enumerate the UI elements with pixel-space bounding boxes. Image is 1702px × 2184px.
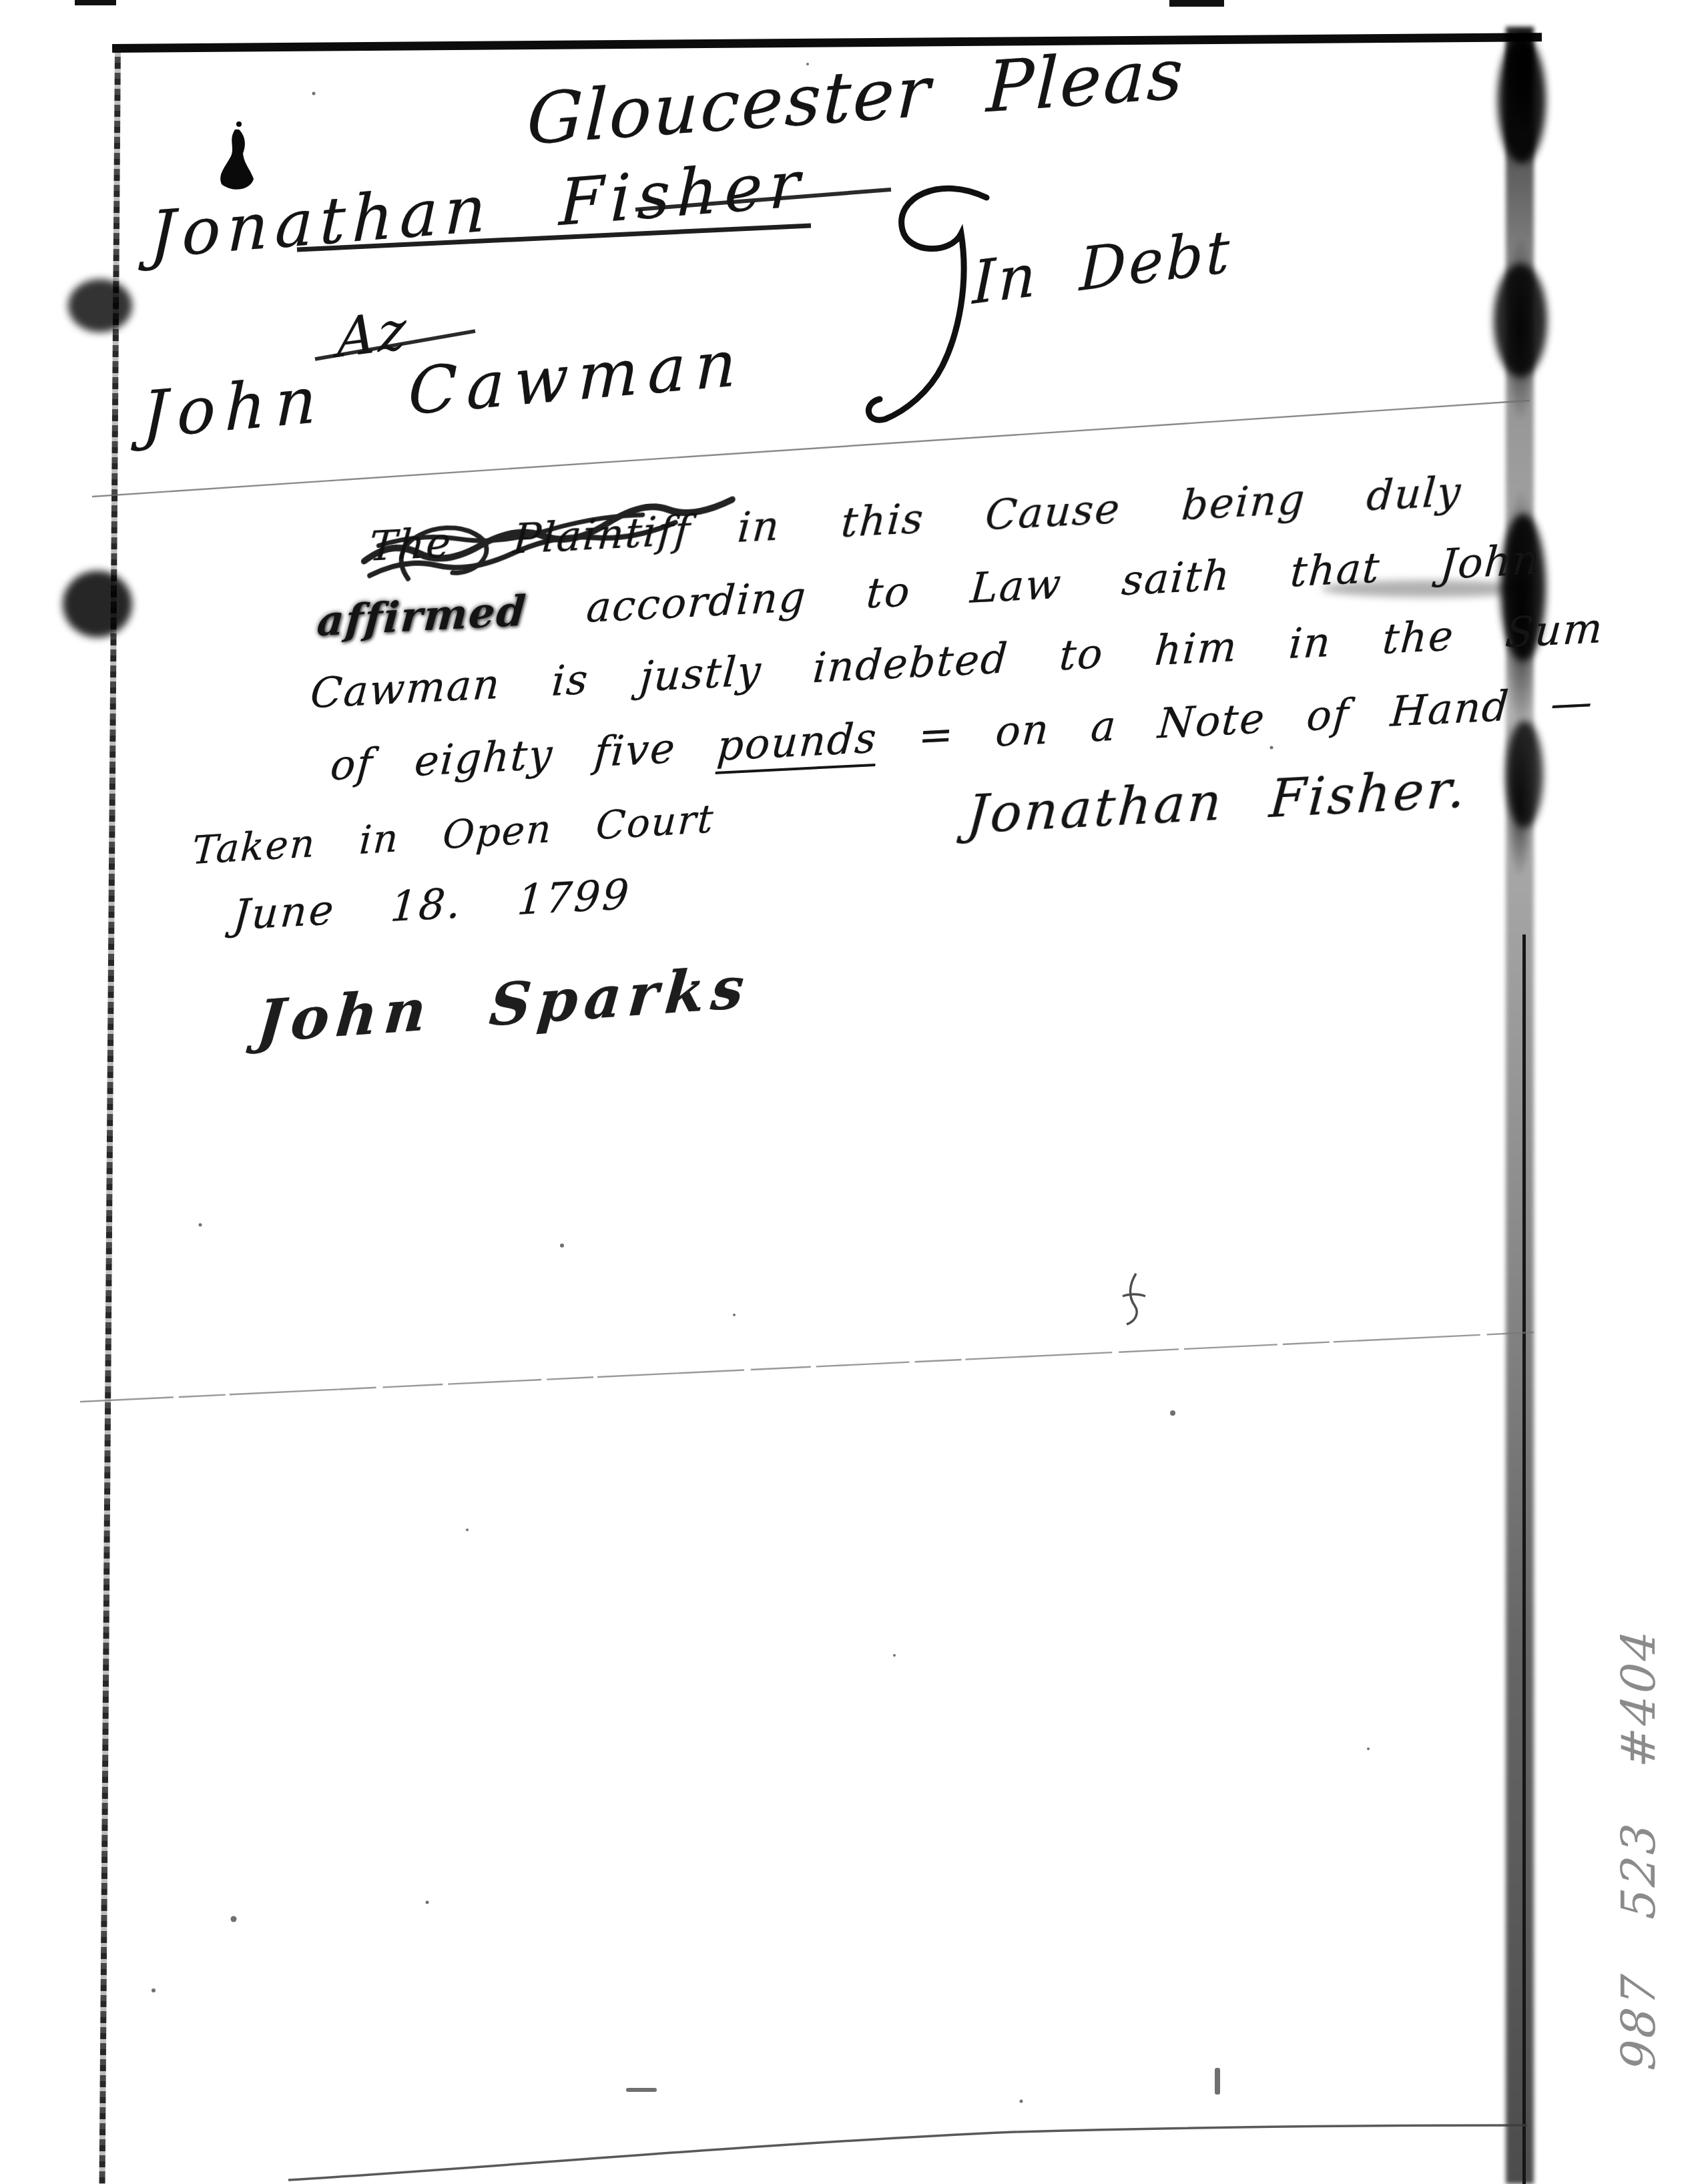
struck-out-text: The Plaintiff bbox=[368, 506, 693, 571]
affidavit-line-1-text: in this Cause being duly bbox=[736, 467, 1464, 552]
attestation-date: June 18. 1799 bbox=[232, 870, 633, 940]
case-bracket bbox=[868, 188, 986, 420]
clerk-signature: John Sparks bbox=[254, 953, 753, 1056]
attestation-line: Taken in Open Court bbox=[191, 796, 716, 873]
struck-words: The Plaintiff bbox=[368, 506, 693, 571]
plaintiff-name: Jonathan Fisher bbox=[149, 146, 807, 273]
ink-blot-dot bbox=[236, 121, 242, 127]
affidavit-line-4-pre: of eighty five bbox=[329, 724, 678, 790]
fold-line-lower bbox=[80, 1332, 1534, 1402]
affidavit-line-4-post: = on a Note of Hand — bbox=[917, 677, 1595, 760]
ink-blot bbox=[220, 129, 254, 190]
defendant-name: John Cawman bbox=[141, 325, 746, 453]
action-type: In Debt bbox=[972, 216, 1233, 318]
archival-margin-annotation: 987 523 #404 bbox=[1611, 1573, 1666, 2072]
underlined-word-pounds: pounds bbox=[716, 713, 880, 774]
top-edge-marks bbox=[75, 0, 1224, 7]
page-left-edge bbox=[99, 47, 121, 2184]
page-bottom-edge bbox=[288, 2125, 1527, 2180]
page-right-edge-line bbox=[1522, 934, 1526, 2184]
document-scan: Gloucester Pleas Jonathan Fisher Az John… bbox=[0, 0, 1702, 2184]
page-top-edge bbox=[112, 33, 1542, 53]
scan-artifacts-layer bbox=[0, 0, 1702, 2184]
stray-ink-squiggle bbox=[1123, 1274, 1145, 1324]
court-header-title: Gloucester Pleas bbox=[526, 33, 1187, 161]
page-right-edge-smudge bbox=[1506, 27, 1534, 2184]
plaintiff-signature: Jonathan Fisher. bbox=[965, 759, 1470, 846]
smeared-word: affirmed bbox=[316, 586, 529, 645]
